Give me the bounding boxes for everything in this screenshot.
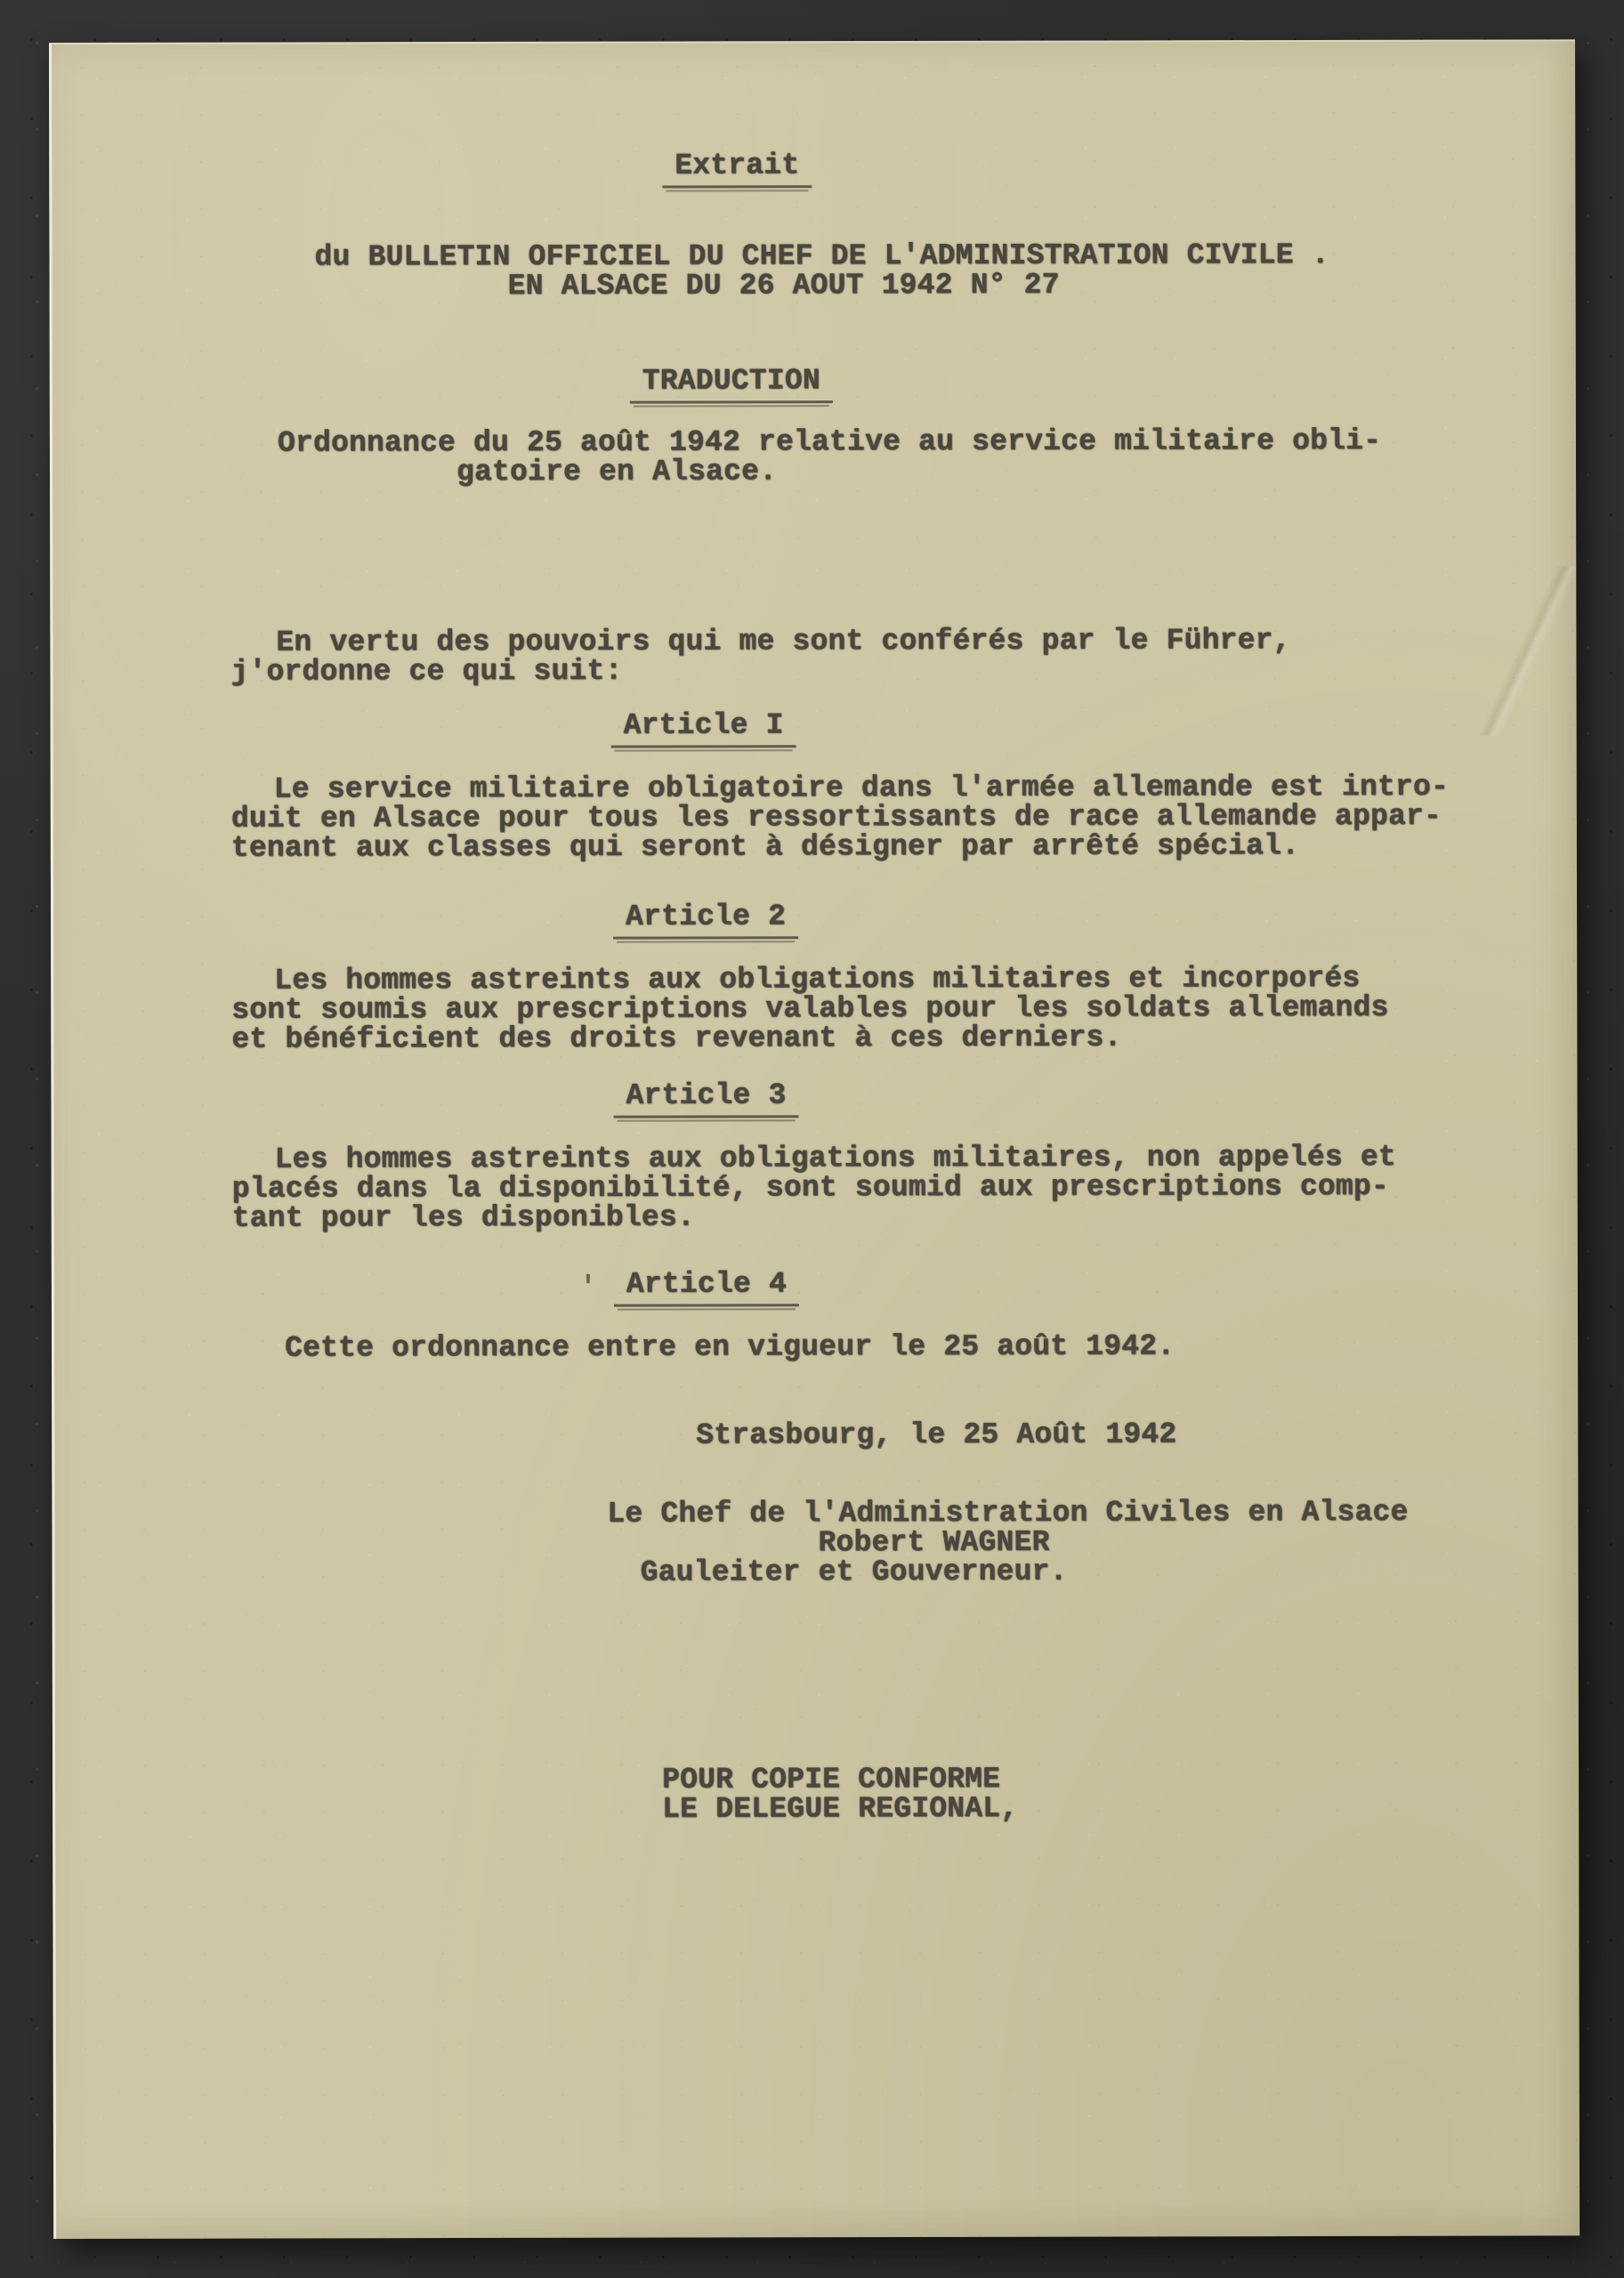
source-line-2: EN ALSACE DU 26 AOUT 1942 N° 27 xyxy=(508,270,1060,303)
stray-typewriter-mark: ' xyxy=(579,1272,597,1305)
article-1-heading: Article I xyxy=(611,709,796,747)
signature-role: Gauleiter et Gouverneur. xyxy=(641,1556,1068,1589)
article-1-line-3: tenant aux classes qui seront à désigner… xyxy=(231,830,1299,864)
preamble-line-1: En vertu des pouvoirs qui me sont confér… xyxy=(276,625,1290,658)
signature-name: Robert WAGNER xyxy=(818,1527,1049,1559)
article-3-line-3: tant pour les disponibles. xyxy=(232,1201,695,1234)
subject-line-1: Ordonnance du 25 août 1942 relative au s… xyxy=(278,425,1381,459)
article-3-line-2: placés dans la disponibilité, sont soumi… xyxy=(232,1171,1389,1205)
preamble-line-2: j'ordonne ce qui suit: xyxy=(230,656,622,689)
paper-crease xyxy=(1478,566,1576,735)
article-3-heading: Article 3 xyxy=(613,1079,798,1118)
translation-label: TRADUCTION xyxy=(630,365,833,403)
article-2-heading: Article 2 xyxy=(613,901,798,939)
certification-line-1: POUR COPIE CONFORME xyxy=(662,1764,1000,1796)
dateline: Strasbourg, le 25 Août 1942 xyxy=(696,1418,1176,1451)
subject-line-2: gatoire en Alsace. xyxy=(456,456,777,488)
article-4-heading: Article 4 xyxy=(614,1268,799,1306)
scan-background: Extrait du BULLETIN OFFICIEL DU CHEF DE … xyxy=(0,0,1624,2278)
document-page: Extrait du BULLETIN OFFICIEL DU CHEF DE … xyxy=(49,39,1580,2239)
article-2-line-3: et bénéficient des droits revenant à ces… xyxy=(231,1022,1121,1055)
doc-kicker: Extrait xyxy=(662,149,812,188)
signature-title: Le Chef de l'Administration Civiles en A… xyxy=(607,1497,1408,1531)
certification-line-2: LE DELEGUE REGIONAL, xyxy=(662,1793,1018,1825)
article-4-line-1: Cette ordonnance entre en vigueur le 25 … xyxy=(285,1330,1175,1364)
